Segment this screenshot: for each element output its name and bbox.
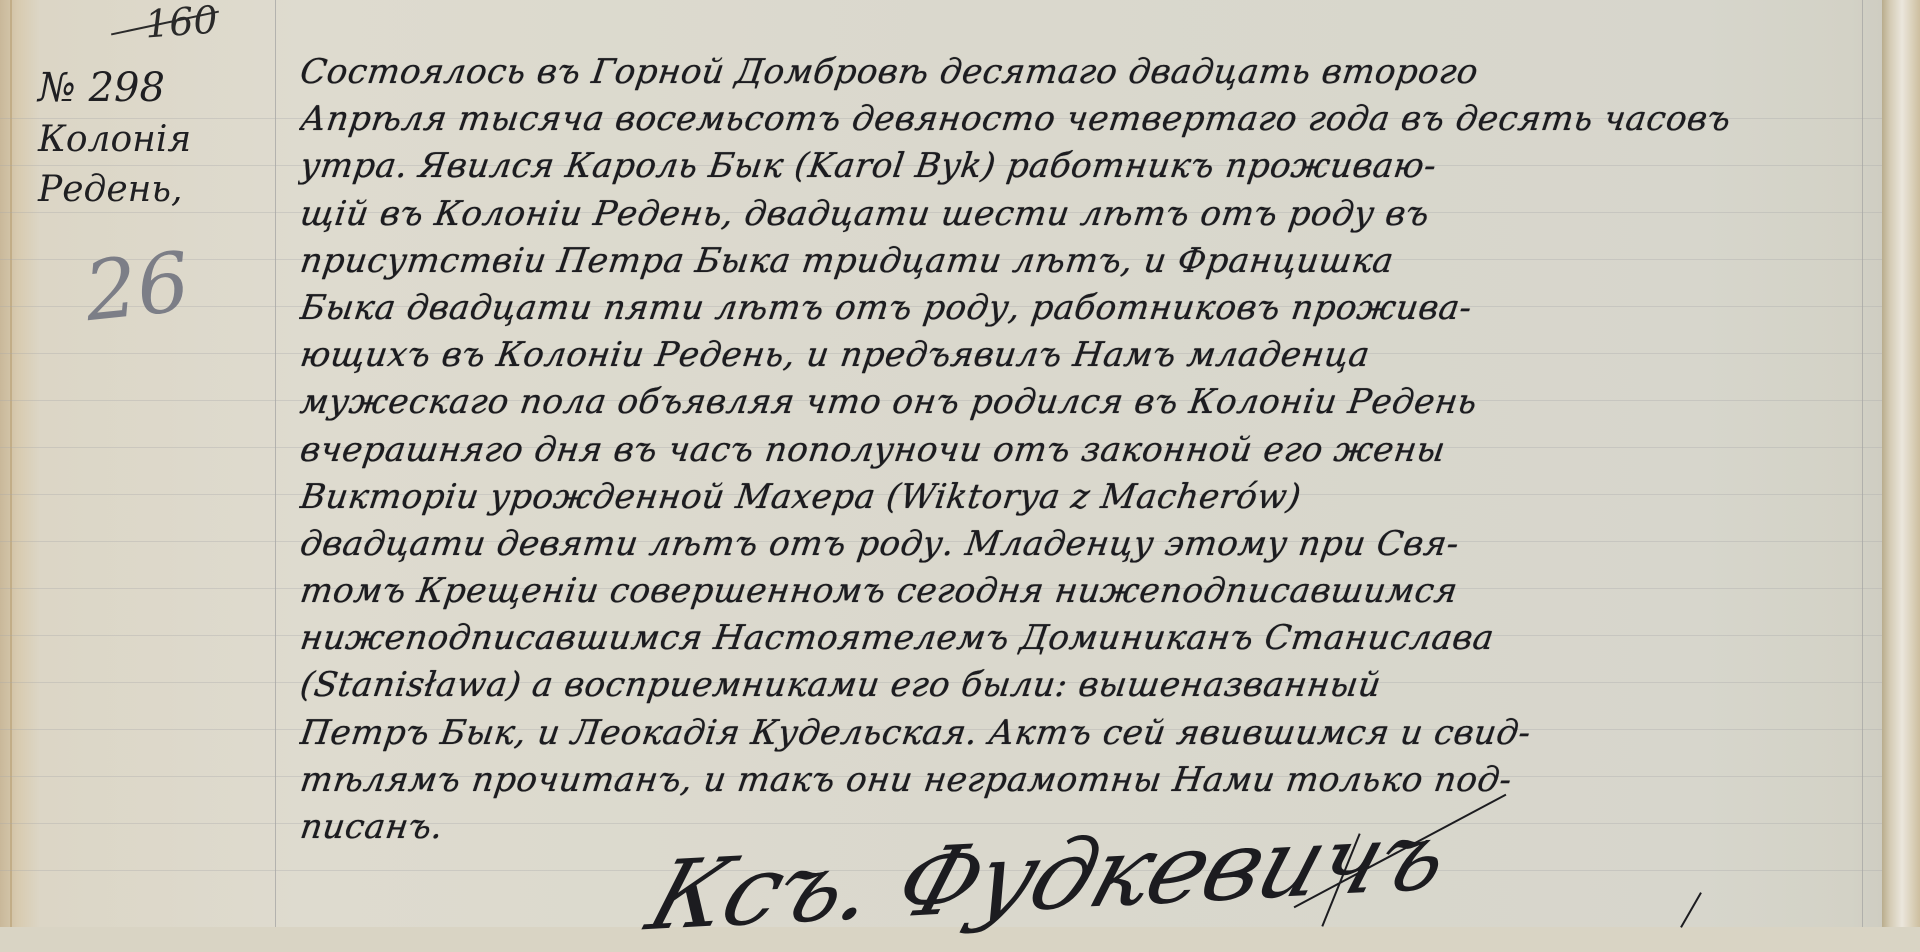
- body-line: Викторіи урожденной Махера (Wiktorya z M…: [297, 477, 1864, 524]
- page-edge: [1882, 0, 1920, 927]
- body-line: нижеподписавшимся Настоятелемъ Доминикан…: [297, 618, 1864, 665]
- body-line: Быка двадцати пяти лѣтъ отъ роду, работн…: [297, 288, 1864, 335]
- margin-place-line-1: Колонія: [38, 122, 263, 158]
- margin-rule-line: [275, 0, 276, 927]
- ink-stroke: [1680, 892, 1702, 927]
- body-line: тѣлямъ прочитанъ, и такъ они неграмотны …: [297, 760, 1864, 807]
- binding-edge: [10, 0, 12, 927]
- entry-body: Состоялось въ Горной Домбровѣ десятаго д…: [300, 52, 1860, 854]
- entry-number: № 298: [38, 68, 263, 108]
- body-line: мужескаго пола объявляя что онъ родился …: [297, 382, 1864, 429]
- margin-place-line-2: Редень,: [38, 172, 263, 208]
- body-line: Состоялось въ Горной Домбровѣ десятаго д…: [297, 52, 1864, 99]
- body-line: Апрѣля тысяча восемьсотъ девяносто четве…: [297, 99, 1864, 146]
- body-line: присутствіи Петра Быка тридцати лѣтъ, и …: [297, 241, 1864, 288]
- body-line: (Stanisława) а восприемниками его были: …: [297, 665, 1864, 712]
- body-line: вчерашняго дня въ часъ пополуночи отъ за…: [297, 430, 1864, 477]
- body-line: ющихъ въ Колоніи Редень, и предъявилъ На…: [297, 335, 1864, 382]
- pencil-annotation: 26: [80, 235, 194, 340]
- body-line: щій въ Колоніи Редень, двадцати шести лѣ…: [297, 194, 1864, 241]
- right-rule-line: [1862, 0, 1863, 927]
- body-line: томъ Крещеніи совершенномъ сегодня нижеп…: [297, 571, 1864, 618]
- body-line: Петръ Бык, и Леокадія Кудельская. Актъ с…: [297, 713, 1864, 760]
- body-line: двадцати девяти лѣтъ отъ роду. Младенцу …: [297, 524, 1864, 571]
- register-page: 160 № 298 Колонія Редень, 26 Состоялось …: [0, 0, 1920, 927]
- body-line: утра. Явился Кароль Бык (Karol Byk) рабо…: [297, 146, 1864, 193]
